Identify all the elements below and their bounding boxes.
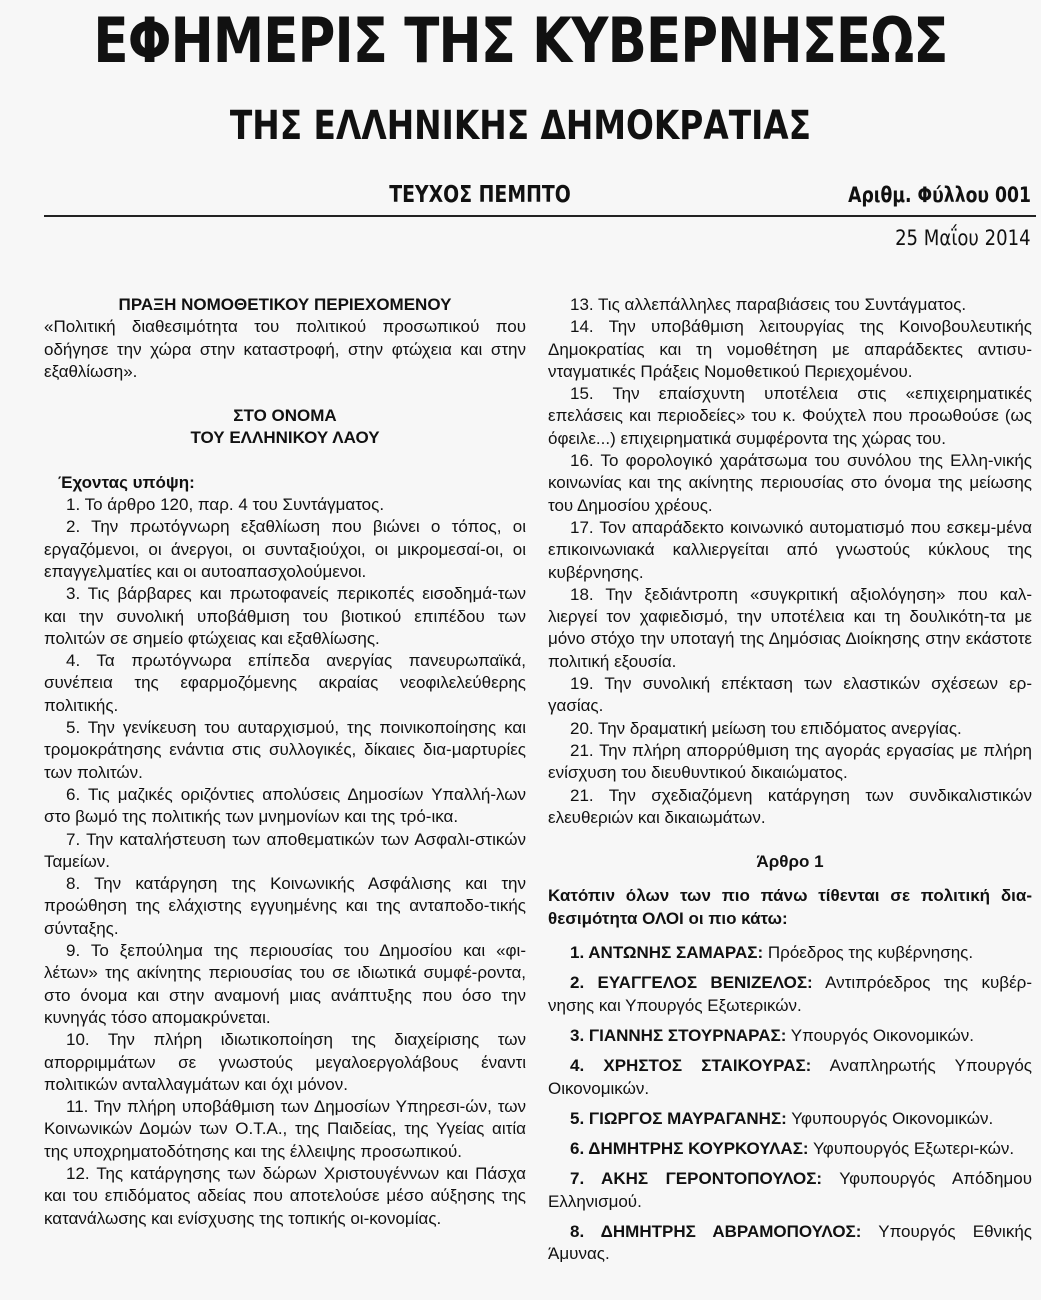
- member-item: 2. ΕΥΑΓΓΕΛΟΣ ΒΕΝΙΖΕΛΟΣ: Αντιπρόεδρος της…: [548, 972, 1032, 1017]
- consideration-item: 4. Τα πρωτόγνωρα επίπεδα ανεργίας πανευρ…: [44, 650, 526, 717]
- consideration-item: 1. Το άρθρο 120, παρ. 4 του Συντάγματος.: [44, 494, 526, 516]
- consideration-item: 8. Την κατάργηση της Κοινωνικής Ασφάλιση…: [44, 873, 526, 940]
- issue-label: ΤΕΥΧΟΣ ΠΕΜΠΤΟ: [234, 182, 726, 208]
- member-name: 4. ΧΡΗΣΤΟΣ ΣΤΑΙΚΟΥΡΑΣ:: [570, 1056, 811, 1075]
- member-role: Πρόεδρος της κυβέρνησης.: [763, 943, 973, 962]
- member-item: 5. ΓΙΩΡΓΟΣ ΜΑΥΡΑΓΑΝΗΣ: Υφυπουργός Οικονο…: [548, 1108, 1032, 1130]
- member-name: 6. ΔΗΜΗΤΡΗΣ ΚΟΥΡΚΟΥΛΑΣ:: [570, 1139, 809, 1158]
- member-name: 7. ΑΚΗΣ ΓΕΡΟΝΤΟΠΟΥΛΟΣ:: [570, 1169, 822, 1188]
- member-role: Υπουργός Οικονομικών.: [786, 1026, 974, 1045]
- article-intro: Κατόπιν όλων των πιο πάνω τίθενται σε πο…: [548, 885, 1032, 930]
- member-item: 3. ΓΙΑΝΝΗΣ ΣΤΟΥΡΝΑΡΑΣ: Υπουργός Οικονομι…: [548, 1025, 1032, 1047]
- sheet-number: Αριθμ. Φύλλου 001: [848, 183, 1031, 207]
- consideration-item: 10. Την πλήρη ιδιωτικοποίηση της διαχείρ…: [44, 1029, 526, 1096]
- consideration-item: 5. Την γενίκευση του αυταρχισμού, της πο…: [44, 717, 526, 784]
- consideration-item: 14. Την υποβάθμιση λειτουργίας της Κοινο…: [548, 316, 1032, 383]
- consideration-item: 15. Την επαίσχυντη υποτέλεια στις «επιχε…: [548, 383, 1032, 450]
- header-divider: [44, 215, 1036, 217]
- invocation-line-2: ΤΟΥ ΕΛΛΗΝΙΚΟΥ ΛΑΟΥ: [44, 427, 526, 449]
- consideration-item: 9. Το ξεπούλημα της περιουσίας του Δημοσ…: [44, 940, 526, 1029]
- gazette-subtitle: ΤΗΣ ΕΛΛΗΝΙΚΗΣ ΔΗΜΟΚΡΑΤΙΑΣ: [94, 106, 948, 146]
- consideration-item: 6. Τις μαζικές οριζόντιες απολύσεις Δημο…: [44, 784, 526, 829]
- gazette-title: ΕΦΗΜΕΡΙΣ ΤΗΣ ΚΥΒΕΡΝΗΣΕΩΣ: [88, 10, 952, 72]
- right-column: 13. Τις αλλεπάλληλες παραβιάσεις του Συν…: [548, 294, 1032, 1274]
- consideration-item: 13. Τις αλλεπάλληλες παραβιάσεις του Συν…: [548, 294, 1032, 316]
- article-heading: Άρθρο 1: [548, 851, 1032, 873]
- member-name: 3. ΓΙΑΝΝΗΣ ΣΤΟΥΡΝΑΡΑΣ:: [570, 1026, 786, 1045]
- consideration-item: 19. Την συνολική επέκταση των ελαστικών …: [548, 673, 1032, 718]
- consideration-item: 2. Την πρωτόγνωρη εξαθλίωση που βιώνει ο…: [44, 516, 526, 583]
- member-name: 5. ΓΙΩΡΓΟΣ ΜΑΥΡΑΓΑΝΗΣ:: [570, 1109, 787, 1128]
- consideration-item: 7. Την καταλήστευση των αποθεματικών των…: [44, 829, 526, 874]
- act-subject: «Πολιτική διαθεσιμότητα του πολιτικού πρ…: [44, 316, 526, 383]
- consideration-item: 17. Τον απαράδεκτο κοινωνικό αυτοματισμό…: [548, 517, 1032, 584]
- member-item: 4. ΧΡΗΣΤΟΣ ΣΤΑΙΚΟΥΡΑΣ: Αναπληρωτής Υπουρ…: [548, 1055, 1032, 1100]
- consideration-item: 3. Τις βάρβαρες και πρωτοφανείς περικοπέ…: [44, 583, 526, 650]
- consideration-item: 18. Την ξεδιάντροπη «συγκριτική αξιολόγη…: [548, 584, 1032, 673]
- act-heading: ΠΡΑΞΗ ΝΟΜΟΘΕΤΙΚΟΥ ΠΕΡΙΕΧΟΜΕΝΟΥ: [44, 294, 526, 316]
- member-item: 8. ΔΗΜΗΤΡΗΣ ΑΒΡΑΜΟΠΟΥΛΟΣ: Υπουργός Εθνικ…: [548, 1221, 1032, 1266]
- member-item: 7. ΑΚΗΣ ΓΕΡΟΝΤΟΠΟΥΛΟΣ: Υφυπουργός Απόδημ…: [548, 1168, 1032, 1213]
- member-name: 2. ΕΥΑΓΓΕΛΟΣ ΒΕΝΙΖΕΛΟΣ:: [570, 973, 813, 992]
- left-column: ΠΡΑΞΗ ΝΟΜΟΘΕΤΙΚΟΥ ΠΕΡΙΕΧΟΜΕΝΟΥ «Πολιτική…: [44, 294, 526, 1230]
- member-name: 8. ΔΗΜΗΤΡΗΣ ΑΒΡΑΜΟΠΟΥΛΟΣ:: [570, 1222, 861, 1241]
- member-item: 6. ΔΗΜΗΤΡΗΣ ΚΟΥΡΚΟΥΛΑΣ: Υφυπουργός Εξωτε…: [548, 1138, 1032, 1160]
- consideration-item: 11. Την πλήρη υποβάθμιση των Δημοσίων Υπ…: [44, 1096, 526, 1163]
- issue-date: 25 Μαΐου 2014: [895, 226, 1031, 250]
- consideration-item: 21. Την πλήρη απορρύθμιση της αγοράς εργ…: [548, 740, 1032, 785]
- considering-heading: Έχοντας υπόψη:: [58, 472, 526, 494]
- consideration-item: 21. Την σχεδιαζόμενη κατάργηση των συνδι…: [548, 785, 1032, 830]
- consideration-item: 16. Το φορολογικό χαράτσωμα του συνόλου …: [548, 450, 1032, 517]
- member-item: 1. ΑΝΤΩΝΗΣ ΣΑΜΑΡΑΣ: Πρόεδρος της κυβέρνη…: [548, 942, 1032, 964]
- consideration-item: 20. Την δραματική μείωση του επιδόματος …: [548, 718, 1032, 740]
- member-role: Υφυπουργός Εξωτερι-κών.: [809, 1139, 1015, 1158]
- member-name: 1. ΑΝΤΩΝΗΣ ΣΑΜΑΡΑΣ:: [570, 943, 763, 962]
- consideration-item: 12. Της κατάργησης των δώρων Χριστουγένν…: [44, 1163, 526, 1230]
- invocation-line-1: ΣΤΟ ΟΝΟΜΑ: [44, 405, 526, 427]
- member-role: Υφυπουργός Οικονομικών.: [787, 1109, 993, 1128]
